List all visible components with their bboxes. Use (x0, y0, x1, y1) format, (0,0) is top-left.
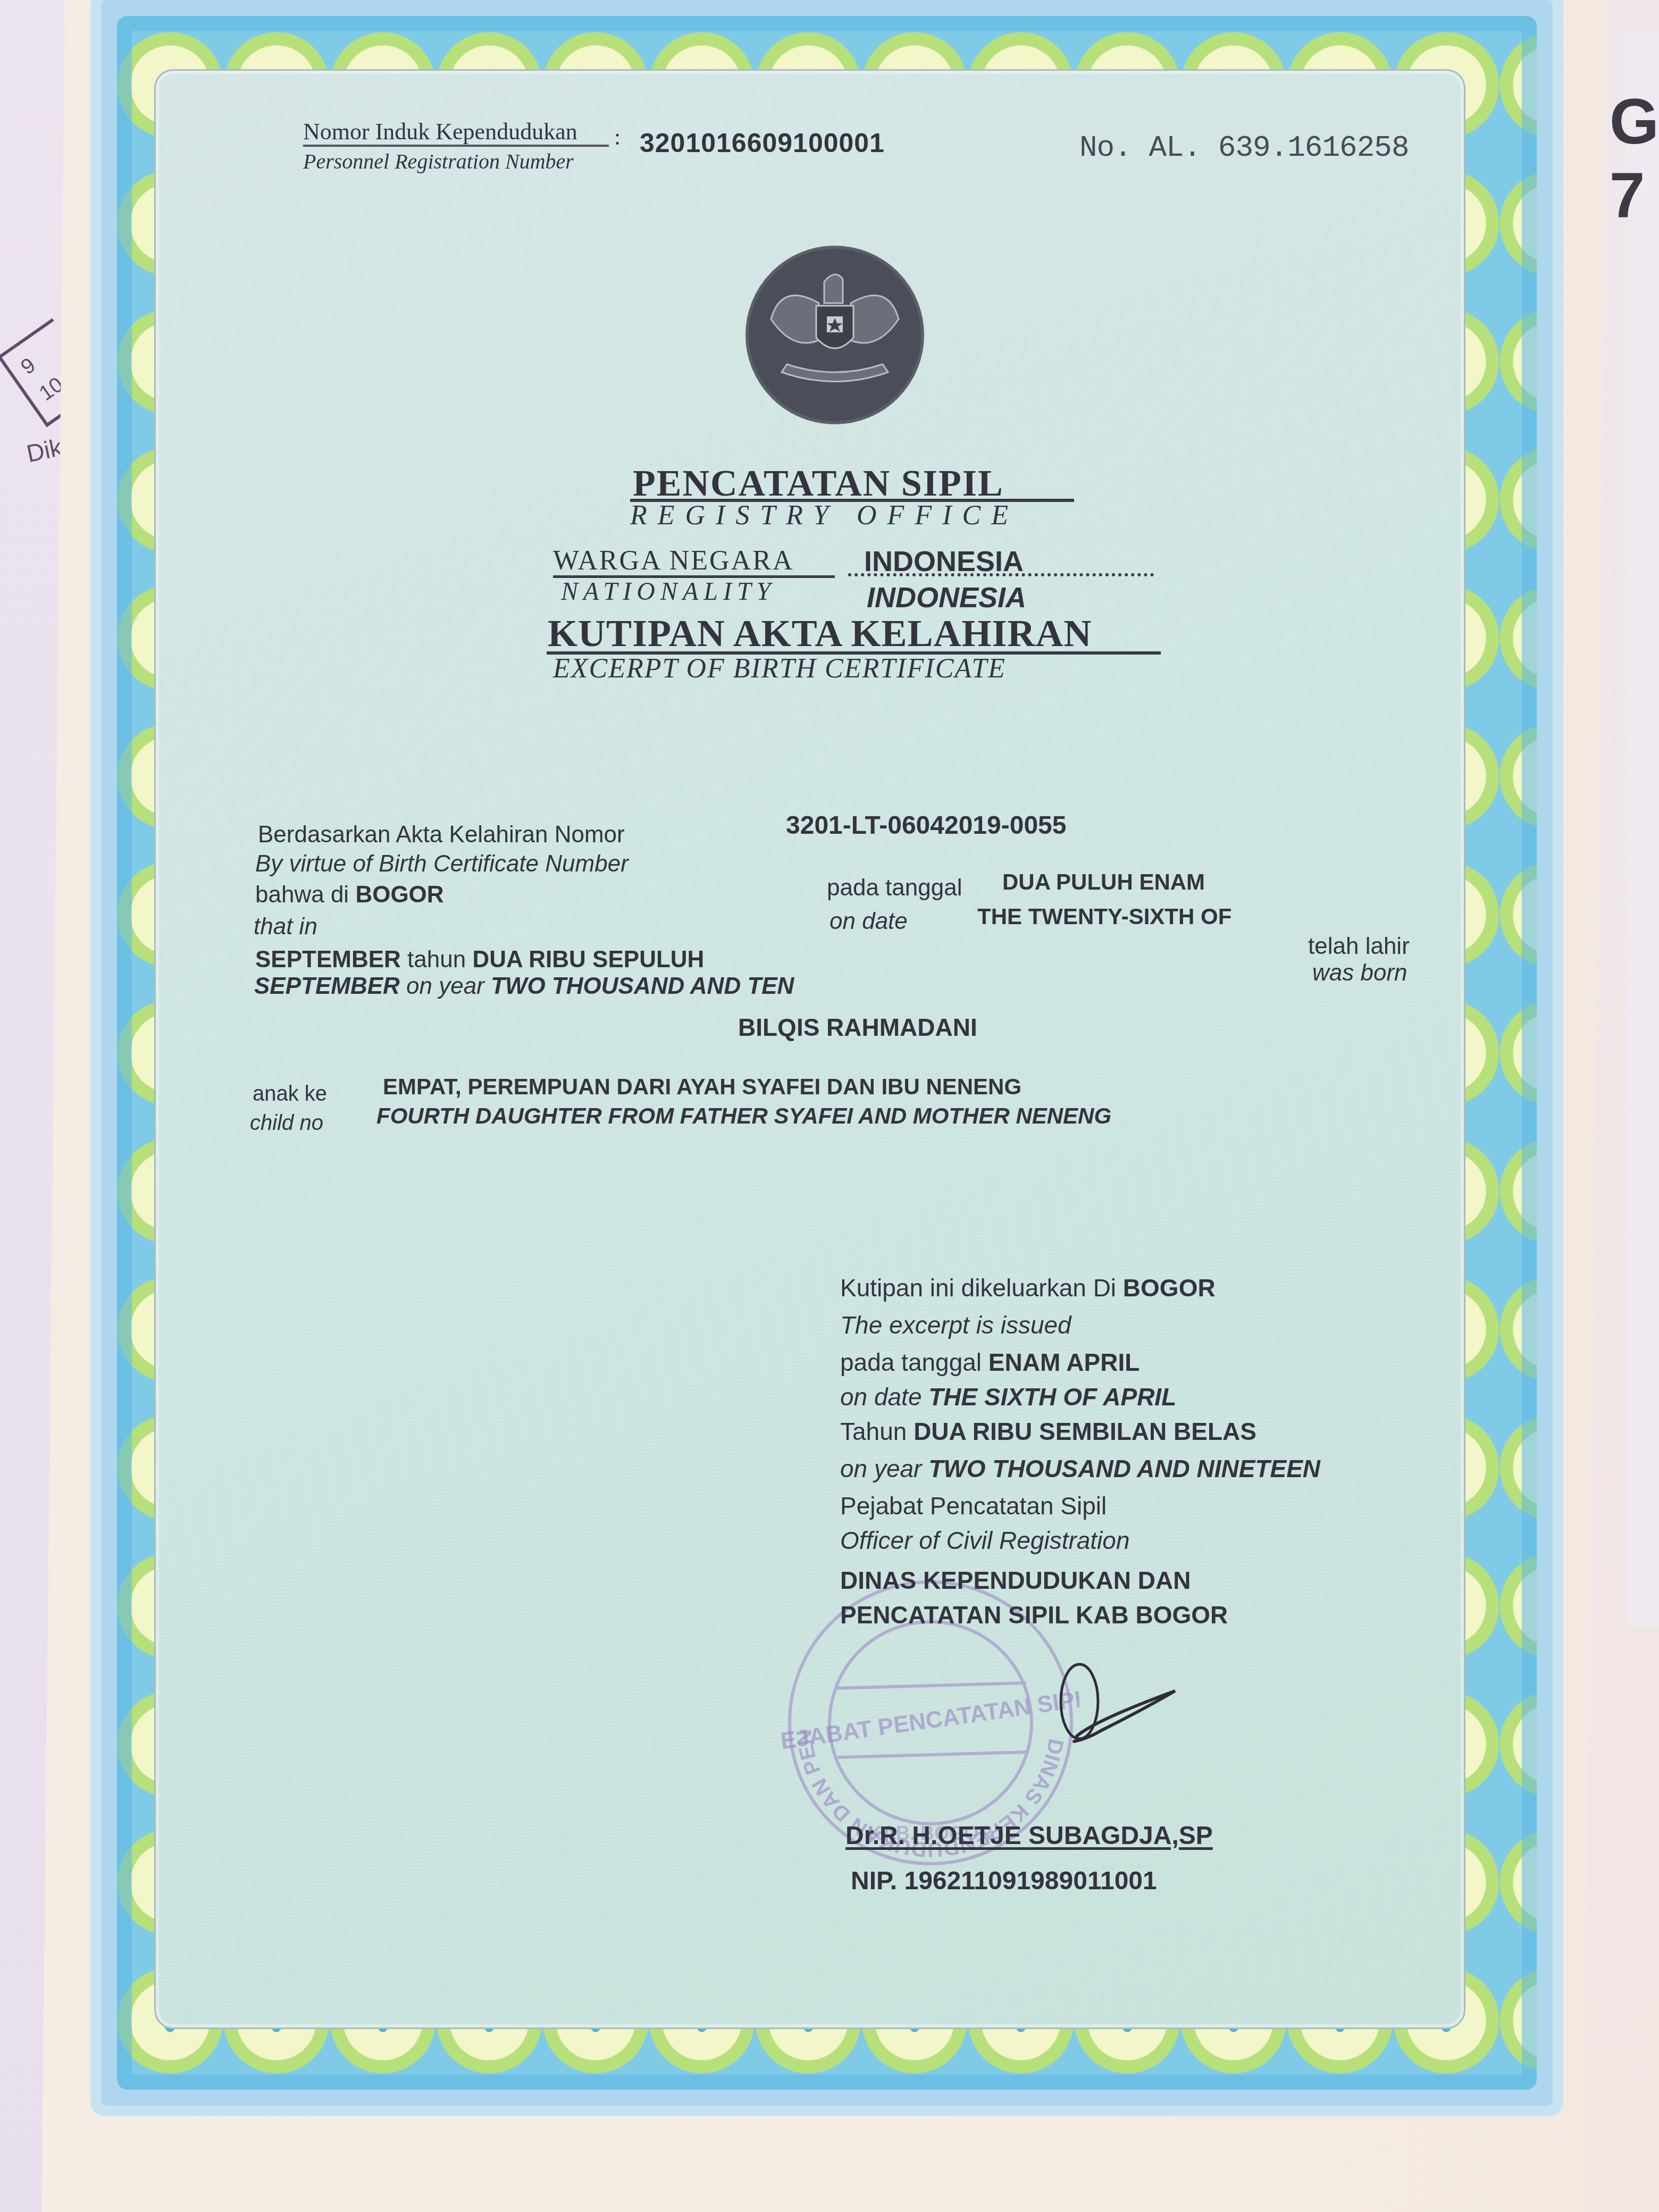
birth-year-label-english: on year (406, 973, 484, 999)
officer-title: Pejabat Pencatatan Sipil (840, 1492, 1107, 1520)
background-text-fragment: G 7 (1610, 85, 1659, 232)
birth-year-value: DUA RIBU SEPULUH (472, 946, 704, 973)
issue-year-label-english: on year (840, 1455, 921, 1482)
issue-date-value-english: THE SIXTH OF APRIL (928, 1383, 1176, 1411)
birth-place-value: BOGOR (355, 882, 443, 908)
issued-at-label-english: The excerpt is issued (840, 1311, 1071, 1339)
signature-icon (1037, 1659, 1260, 1776)
garuda-emblem-icon (739, 245, 931, 425)
issued-at-value: BOGOR (1123, 1274, 1216, 1302)
background-paper-right: G 7 (1627, 32, 1659, 1627)
issue-date-line-english: on date THE SIXTH OF APRIL (840, 1382, 1176, 1411)
child-order-label-english: child no (250, 1111, 323, 1135)
nik-label-english: Personnel Registration Number (303, 149, 574, 174)
issue-date-value: ENAM APRIL (988, 1348, 1140, 1376)
table-cell: 9 (16, 353, 40, 380)
birth-month: SEPTEMBER (255, 946, 401, 973)
nik-separator: : (614, 123, 621, 150)
birth-date-label: pada tanggal (827, 875, 962, 901)
child-order-label: anak ke (253, 1082, 327, 1106)
issue-year-value: DUA RIBU SEMBILAN BELAS (914, 1418, 1256, 1445)
birth-year-value-english: TWO THOUSAND AND TEN (491, 973, 794, 999)
document-title-english: EXCERPT OF BIRTH CERTIFICATE (553, 653, 1006, 684)
issue-date-label-english: on date (840, 1383, 921, 1411)
birth-date-label-english: on date (829, 908, 908, 935)
born-label-english: was born (1312, 960, 1407, 986)
issue-year-value-english: TWO THOUSAND AND NINETEEN (928, 1455, 1320, 1482)
officer-nip: NIP. 196211091989011001 (851, 1866, 1157, 1896)
issue-year-label: Tahun (840, 1418, 907, 1445)
nationality-label-english: NATIONALITY (561, 577, 776, 606)
issued-at-label: Kutipan ini dikeluarkan Di (840, 1274, 1116, 1302)
divider (303, 145, 609, 147)
dotted-line (848, 573, 1154, 576)
registry-title-english: REGISTRY OFFICE (630, 500, 1019, 531)
officer-name: Dr.R. H.OETJE SUBAGDJA,SP (845, 1821, 1213, 1850)
birth-year-line-english: SEPTEMBER on year TWO THOUSAND AND TEN (254, 973, 794, 1000)
birth-place-line: bahwa di BOGOR (255, 882, 444, 908)
birth-place-prefix: bahwa di (255, 882, 349, 908)
cert-number-label-english: By virtue of Birth Certificate Number (255, 851, 629, 877)
birth-year-line: SEPTEMBER tahun DUA RIBU SEPULUH (255, 946, 704, 973)
nik-value: 3201016609100001 (640, 128, 885, 158)
birth-month-english: SEPTEMBER (254, 973, 400, 999)
issue-date-line: pada tanggal ENAM APRIL (840, 1348, 1139, 1377)
nationality-label: WARGA NEGARA (553, 545, 794, 576)
document-title: KUTIPAN AKTA KELAHIRAN (548, 611, 1092, 656)
birth-place-prefix-english: that in (254, 914, 317, 940)
birth-year-label: tahun (407, 946, 466, 973)
nationality-value-english: INDONESIA (867, 581, 1026, 614)
issued-at-line: Kutipan ini dikeluarkan Di BOGOR (840, 1273, 1216, 1302)
agency-name-line-1: DINAS KEPENDUDUKAN DAN (840, 1566, 1191, 1595)
officer-title-english: Officer of Civil Registration (840, 1526, 1130, 1555)
nik-label: Nomor Induk Kependudukan (303, 118, 577, 145)
child-order-value-english: FOURTH DAUGHTER FROM FATHER SYAFEI AND M… (376, 1103, 1111, 1129)
child-name: BILQIS RAHMADANI (738, 1013, 977, 1042)
stamp-center-text: PEJABAT PENCATATAN SIPIL (782, 1685, 1079, 1757)
serial-number: No. AL. 639.1616258 (1079, 131, 1409, 165)
cert-number-label: Berdasarkan Akta Kelahiran Nomor (258, 822, 625, 848)
issue-year-line: Tahun DUA RIBU SEMBILAN BELAS (840, 1417, 1256, 1446)
born-label: telah lahir (1308, 933, 1410, 960)
birth-date-value-english: THE TWENTY-SIXTH OF (977, 904, 1231, 929)
cert-number-value: 3201-LT-06042019-0055 (786, 811, 1067, 840)
issue-date-label: pada tanggal (840, 1348, 982, 1376)
background-text-fragment: Dik (24, 433, 64, 468)
issue-year-line-english: on year TWO THOUSAND AND NINETEEN (840, 1454, 1320, 1483)
agency-name-line-2: PENCATATAN SIPIL KAB BOGOR (840, 1601, 1228, 1629)
birth-date-value: DUA PULUH ENAM (1002, 869, 1205, 895)
child-order-value: EMPAT, PEREMPUAN DARI AYAH SYAFEI DAN IB… (383, 1074, 1021, 1100)
